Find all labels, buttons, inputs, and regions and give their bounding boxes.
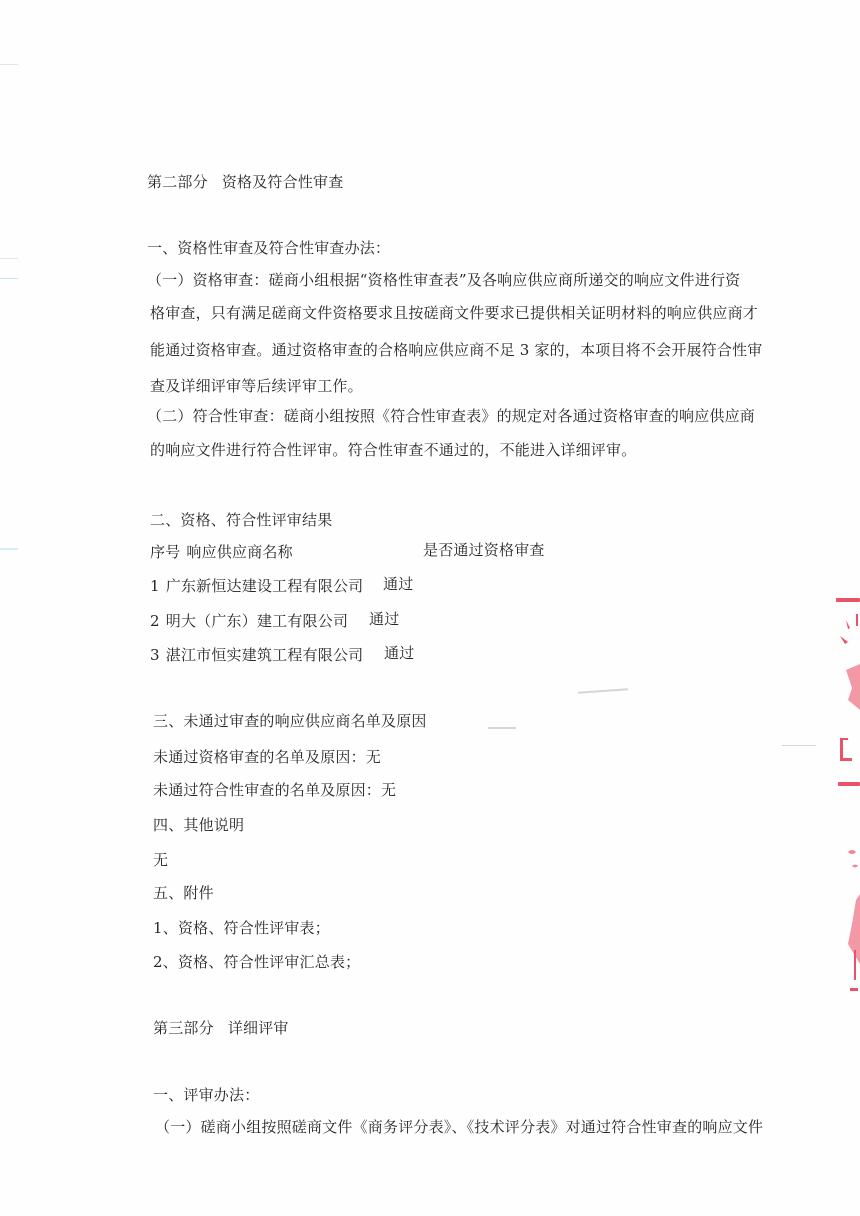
table-row: 3湛江市恒实建筑工程有限公司 bbox=[150, 645, 363, 665]
part3-title: 第三部分详细评审 bbox=[153, 1018, 289, 1038]
section4-heading: 四、其他说明 bbox=[153, 815, 244, 835]
attachment-item: 2、资格、符合性评审汇总表； bbox=[153, 952, 360, 972]
row-result: 通过 bbox=[384, 643, 414, 663]
part3-title-prefix: 第三部分 bbox=[153, 1019, 214, 1037]
table-row: 2明大（广东）建工有限公司 bbox=[150, 611, 348, 631]
section1-para1-line1: （一）资格审查：磋商小组根据“资格性审查表”及各响应供应商所递交的响应文件进行资 bbox=[147, 270, 740, 290]
part3-section1-para1-line1: （一）磋商小组按照磋商文件《商务评分表》、《技术评分表》对通过符合性审查的响应文… bbox=[155, 1117, 763, 1137]
section3-line1: 未通过资格审查的名单及原因：无 bbox=[153, 747, 381, 767]
section3-line2: 未通过符合性审查的名单及原因：无 bbox=[153, 780, 396, 800]
scan-artifact bbox=[578, 688, 628, 693]
section2-heading: 二、资格、符合性评审结果 bbox=[150, 510, 332, 530]
part3-section1-heading: 一、评审办法： bbox=[153, 1085, 259, 1105]
scan-artifact bbox=[0, 278, 18, 279]
section1-para1-line4: 查及详细评审等后续评审工作。 bbox=[150, 376, 363, 396]
header-name: 响应供应商名称 bbox=[186, 543, 292, 561]
document-page: 第二部分资格及符合性审查 一、资格性审查及符合性审查办法： （一）资格审查：磋商… bbox=[0, 0, 860, 1216]
scan-artifact bbox=[0, 548, 18, 550]
scan-artifact bbox=[0, 64, 18, 65]
scan-artifact bbox=[782, 745, 816, 746]
part3-title-text: 详细评审 bbox=[228, 1019, 289, 1037]
table-row: 1广东新恒达建设工程有限公司 bbox=[150, 576, 363, 596]
scan-artifact bbox=[0, 258, 18, 259]
attachment-item: 1、资格、符合性评审表； bbox=[153, 918, 330, 938]
section3-heading: 三、未通过审查的响应供应商名单及原因 bbox=[153, 711, 427, 731]
section1-para2-line1: （二）符合性审查：磋商小组按照《符合性审查表》的规定对各通过资格审查的响应供应商 bbox=[147, 406, 755, 426]
row-no: 1 bbox=[150, 577, 160, 595]
red-seal-stamp-icon bbox=[822, 590, 860, 1000]
section4-content: 无 bbox=[153, 850, 168, 870]
row-name: 湛江市恒实建筑工程有限公司 bbox=[166, 646, 364, 664]
row-result: 通过 bbox=[369, 609, 399, 629]
header-no: 序号 bbox=[150, 543, 180, 561]
part2-title-text: 资格及符合性审查 bbox=[222, 173, 344, 191]
row-name: 明大（广东）建工有限公司 bbox=[166, 612, 348, 630]
section1-heading: 一、资格性审查及符合性审查办法： bbox=[147, 238, 390, 258]
section5-heading: 五、附件 bbox=[153, 883, 214, 903]
scan-artifact bbox=[488, 727, 516, 729]
table-header-row: 序号响应供应商名称 bbox=[150, 542, 293, 562]
row-no: 2 bbox=[150, 612, 160, 630]
section1-para2-line2: 的响应文件进行符合性评审。符合性审查不通过的，不能进入详细评审。 bbox=[150, 440, 636, 460]
row-name: 广东新恒达建设工程有限公司 bbox=[166, 577, 364, 595]
section1-para1-line3: 能通过资格审查。通过资格审查的合格响应供应商不足 3 家的，本项目将不会开展符合… bbox=[150, 340, 762, 360]
row-result: 通过 bbox=[383, 574, 413, 594]
part2-title-prefix: 第二部分 bbox=[147, 173, 208, 191]
part2-title: 第二部分资格及符合性审查 bbox=[147, 172, 343, 192]
row-no: 3 bbox=[150, 646, 160, 664]
section1-para1-line2: 格审查，只有满足磋商文件资格要求且按磋商文件要求已提供相关证明材料的响应供应商才 bbox=[150, 303, 758, 323]
header-result: 是否通过资格审查 bbox=[423, 540, 545, 560]
